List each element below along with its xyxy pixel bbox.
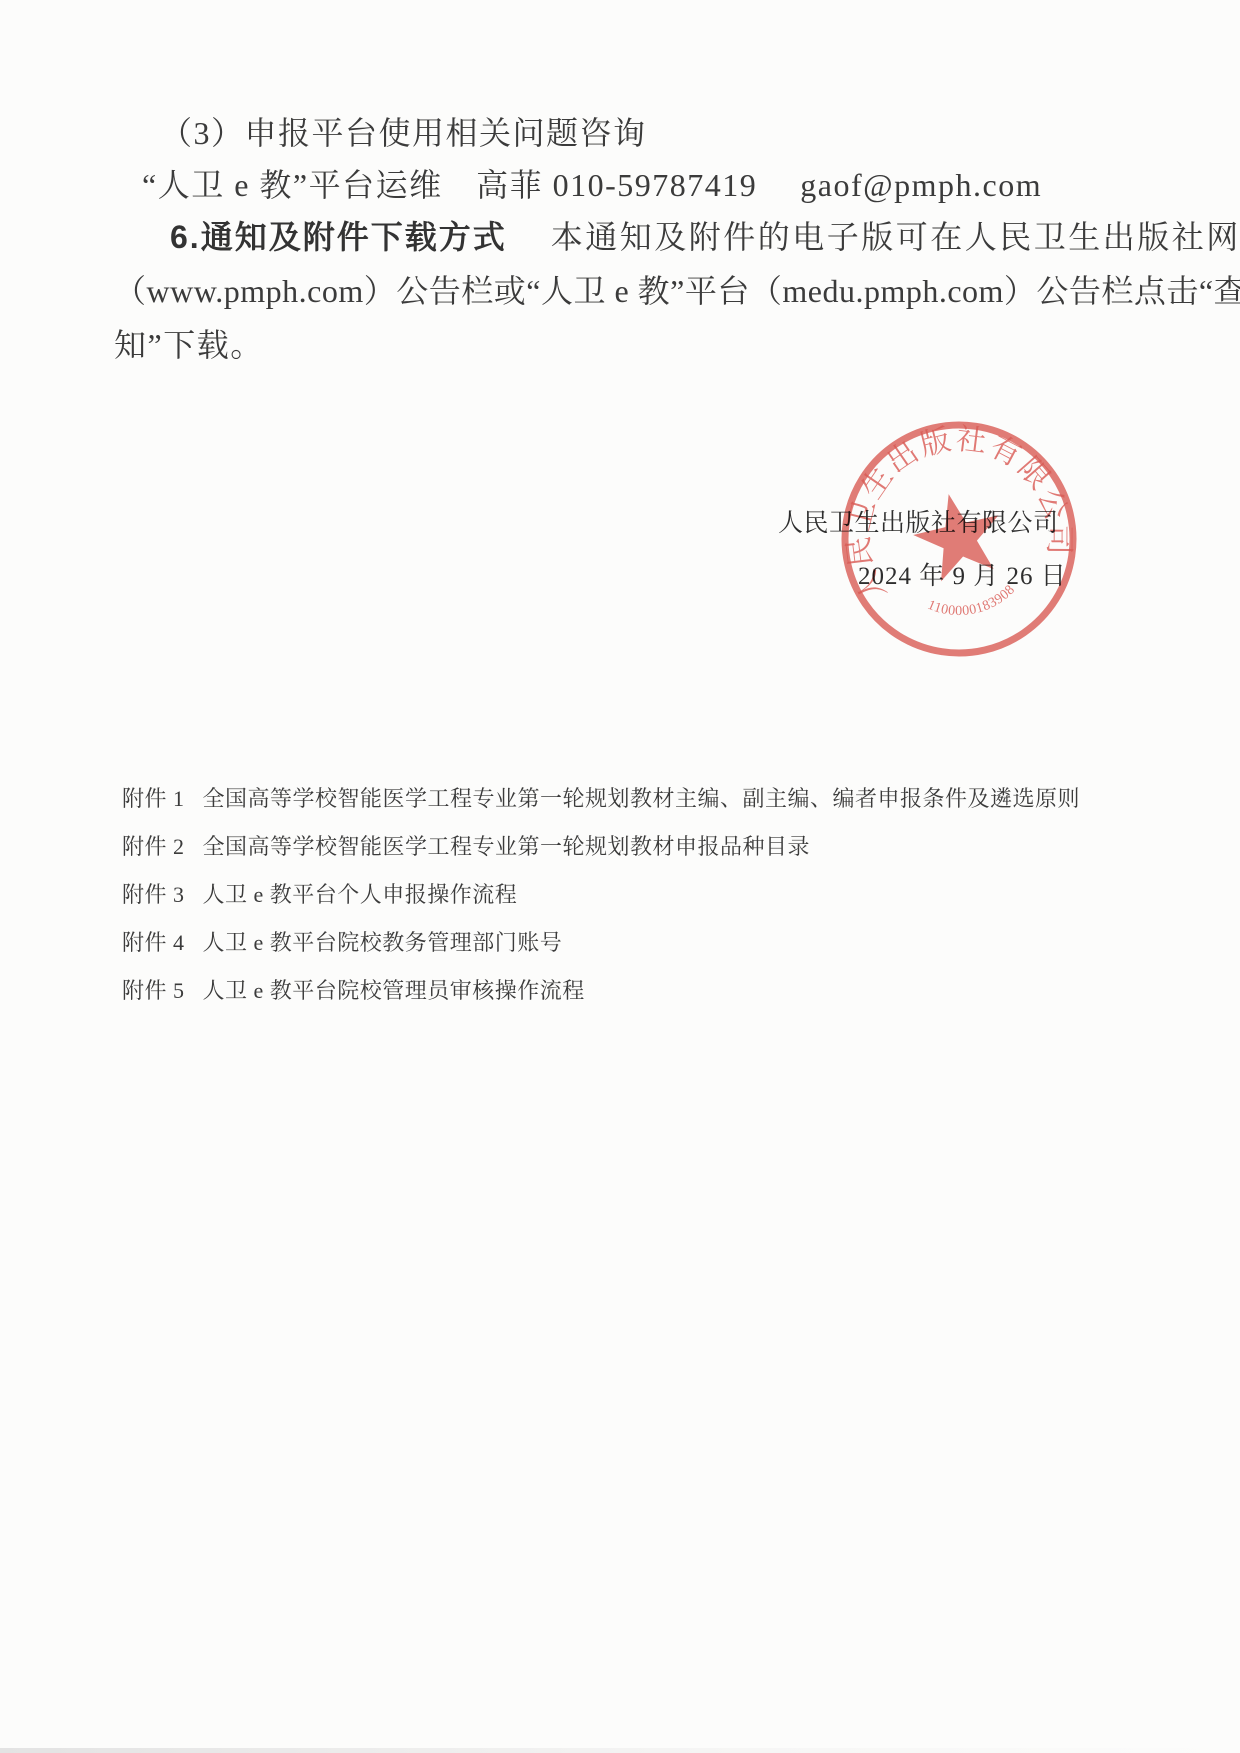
signature-date: 2024 年 9 月 26 日	[858, 556, 1067, 592]
document-page: （3）申报平台使用相关问题咨询 “人卫 e 教”平台运维 高菲 010-5978…	[0, 0, 1240, 1753]
attachment-label: 附件 4	[122, 930, 185, 955]
attachment-label: 附件 1	[122, 786, 185, 811]
section-heading-download: 6.通知及附件下载方式	[170, 219, 507, 255]
signature-company-name: 人民卫生出版社有限公司	[778, 503, 1059, 539]
attachment-list-item: 附件 2全国高等学校智能医学工程专业第一轮规划教材申报品种目录	[122, 830, 810, 861]
attachment-label: 附件 2	[122, 834, 185, 859]
seal-border-circle	[822, 402, 1095, 675]
scan-bottom-edge	[0, 1748, 1240, 1753]
paragraph-download-line3: 知”下载。	[114, 326, 264, 364]
attachment-title: 人卫 e 教平台个人申报操作流程	[203, 882, 518, 907]
attachment-list-item: 附件 5人卫 e 教平台院校管理员审核操作流程	[122, 974, 585, 1005]
paragraph-download-line: 6.通知及附件下载方式本通知及附件的电子版可在人民卫生出版社网站	[170, 218, 1240, 256]
attachment-label: 附件 3	[122, 882, 185, 907]
official-seal-stamp: 人民卫生出版社有限公司 1100000183908	[811, 391, 1106, 686]
attachment-title: 全国高等学校智能医学工程专业第一轮规划教材申报品种目录	[203, 834, 811, 859]
paragraph-contact-heading: （3）申报平台使用相关问题咨询	[160, 114, 647, 152]
attachment-list-item: 附件 3人卫 e 教平台个人申报操作流程	[122, 878, 517, 909]
seal-graphic: 人民卫生出版社有限公司 1100000183908	[811, 391, 1106, 686]
paragraph-download-line2: （www.pmph.com）公告栏或“人卫 e 教”平台（medu.pmph.c…	[114, 272, 1240, 310]
attachment-label: 附件 5	[122, 978, 185, 1003]
attachment-title: 人卫 e 教平台院校教务管理部门账号	[203, 930, 563, 955]
paragraph-contact-info: “人卫 e 教”平台运维 高菲 010-59787419 gaof@pmph.c…	[142, 166, 1042, 204]
attachment-list-item: 附件 4人卫 e 教平台院校教务管理部门账号	[122, 926, 562, 957]
attachment-title: 人卫 e 教平台院校管理员审核操作流程	[203, 978, 585, 1003]
attachment-title: 全国高等学校智能医学工程专业第一轮规划教材主编、副主编、编者申报条件及遴选原则	[203, 786, 1081, 811]
paragraph-download-text: 本通知及附件的电子版可在人民卫生出版社网站	[551, 219, 1240, 255]
attachment-list-item: 附件 1全国高等学校智能医学工程专业第一轮规划教材主编、副主编、编者申报条件及遴…	[122, 782, 1080, 813]
